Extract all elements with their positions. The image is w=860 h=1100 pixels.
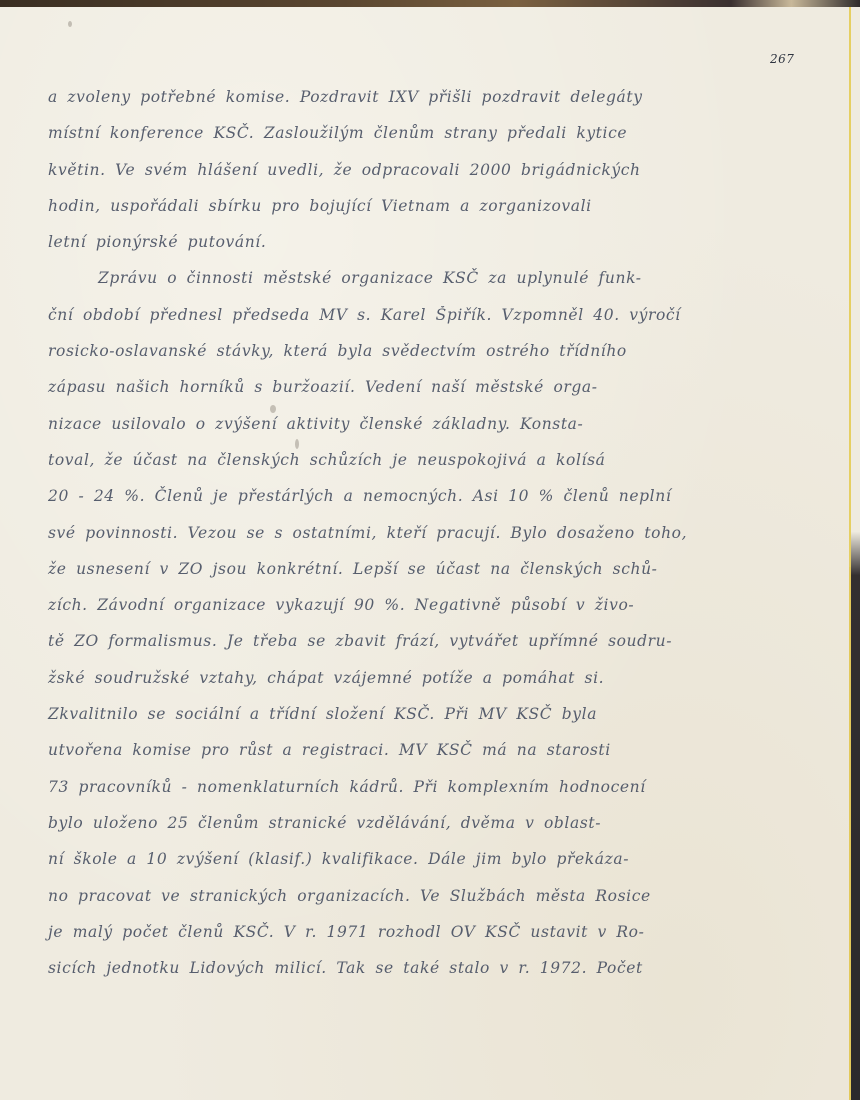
text-line-5: letní pionýrské putování. bbox=[48, 224, 788, 260]
text-line-21: bylo uloženo 25 členům stranické vzděláv… bbox=[48, 805, 788, 841]
text-line-17: žské soudružské vztahy, chápat vzájemné … bbox=[48, 660, 788, 696]
text-line-12: 20 - 24 %. Členů je přestárlých a nemocn… bbox=[48, 478, 788, 514]
handwritten-text-body: a zvoleny potřebné komise. Pozdravit IXV… bbox=[48, 79, 788, 986]
handwritten-page: 267 a zvoleny potřebné komise. Pozdravit… bbox=[0, 7, 851, 1100]
scanned-page-view: 267 a zvoleny potřebné komise. Pozdravit… bbox=[0, 0, 860, 1100]
page-number: 267 bbox=[770, 52, 794, 66]
text-line-4: hodin, uspořádali sbírku pro bojující Vi… bbox=[48, 188, 788, 224]
text-line-8: rosicko-oslavanské stávky, která byla sv… bbox=[48, 333, 788, 369]
text-line-22: ní škole a 10 zvýšení (klasif.) kvalifik… bbox=[48, 841, 788, 877]
text-line-16: tě ZO formalismus. Je třeba se zbavit fr… bbox=[48, 623, 788, 659]
text-line-18: Zkvalitnilo se sociální a třídní složení… bbox=[48, 696, 788, 732]
text-line-3: květin. Ve svém hlášení uvedli, že odpra… bbox=[48, 152, 788, 188]
text-line-14: že usnesení v ZO jsou konkrétní. Lepší s… bbox=[48, 551, 788, 587]
text-line-15: zích. Závodní organizace vykazují 90 %. … bbox=[48, 587, 788, 623]
text-line-10: nizace usilovalo o zvýšení aktivity člen… bbox=[48, 406, 788, 442]
text-line-7: ční období přednesl předseda MV s. Karel… bbox=[48, 297, 788, 333]
scan-frame-right-edge bbox=[851, 7, 860, 1100]
text-line-13: své povinnosti. Vezou se s ostatními, kt… bbox=[48, 515, 788, 551]
text-line-24: je malý počet členů KSČ. V r. 1971 rozho… bbox=[48, 914, 788, 950]
text-line-11: toval, že účast na členských schůzích je… bbox=[48, 442, 788, 478]
text-line-20: 73 pracovníků - nomenklaturních kádrů. P… bbox=[48, 769, 788, 805]
ink-smudge bbox=[68, 21, 72, 27]
text-line-19: utvořena komise pro růst a registraci. M… bbox=[48, 732, 788, 768]
text-line-6-paragraph-start: Zprávu o činnosti městské organizace KSČ… bbox=[48, 260, 788, 296]
text-line-1: a zvoleny potřebné komise. Pozdravit IXV… bbox=[48, 79, 788, 115]
text-line-2: místní konference KSČ. Zasloužilým členů… bbox=[48, 115, 788, 151]
text-line-9: zápasu našich horníků s buržoazií. Veden… bbox=[48, 369, 788, 405]
text-line-23: no pracovat ve stranických organizacích.… bbox=[48, 878, 788, 914]
text-line-25: sicích jednotku Lidových milicí. Tak se … bbox=[48, 950, 788, 986]
